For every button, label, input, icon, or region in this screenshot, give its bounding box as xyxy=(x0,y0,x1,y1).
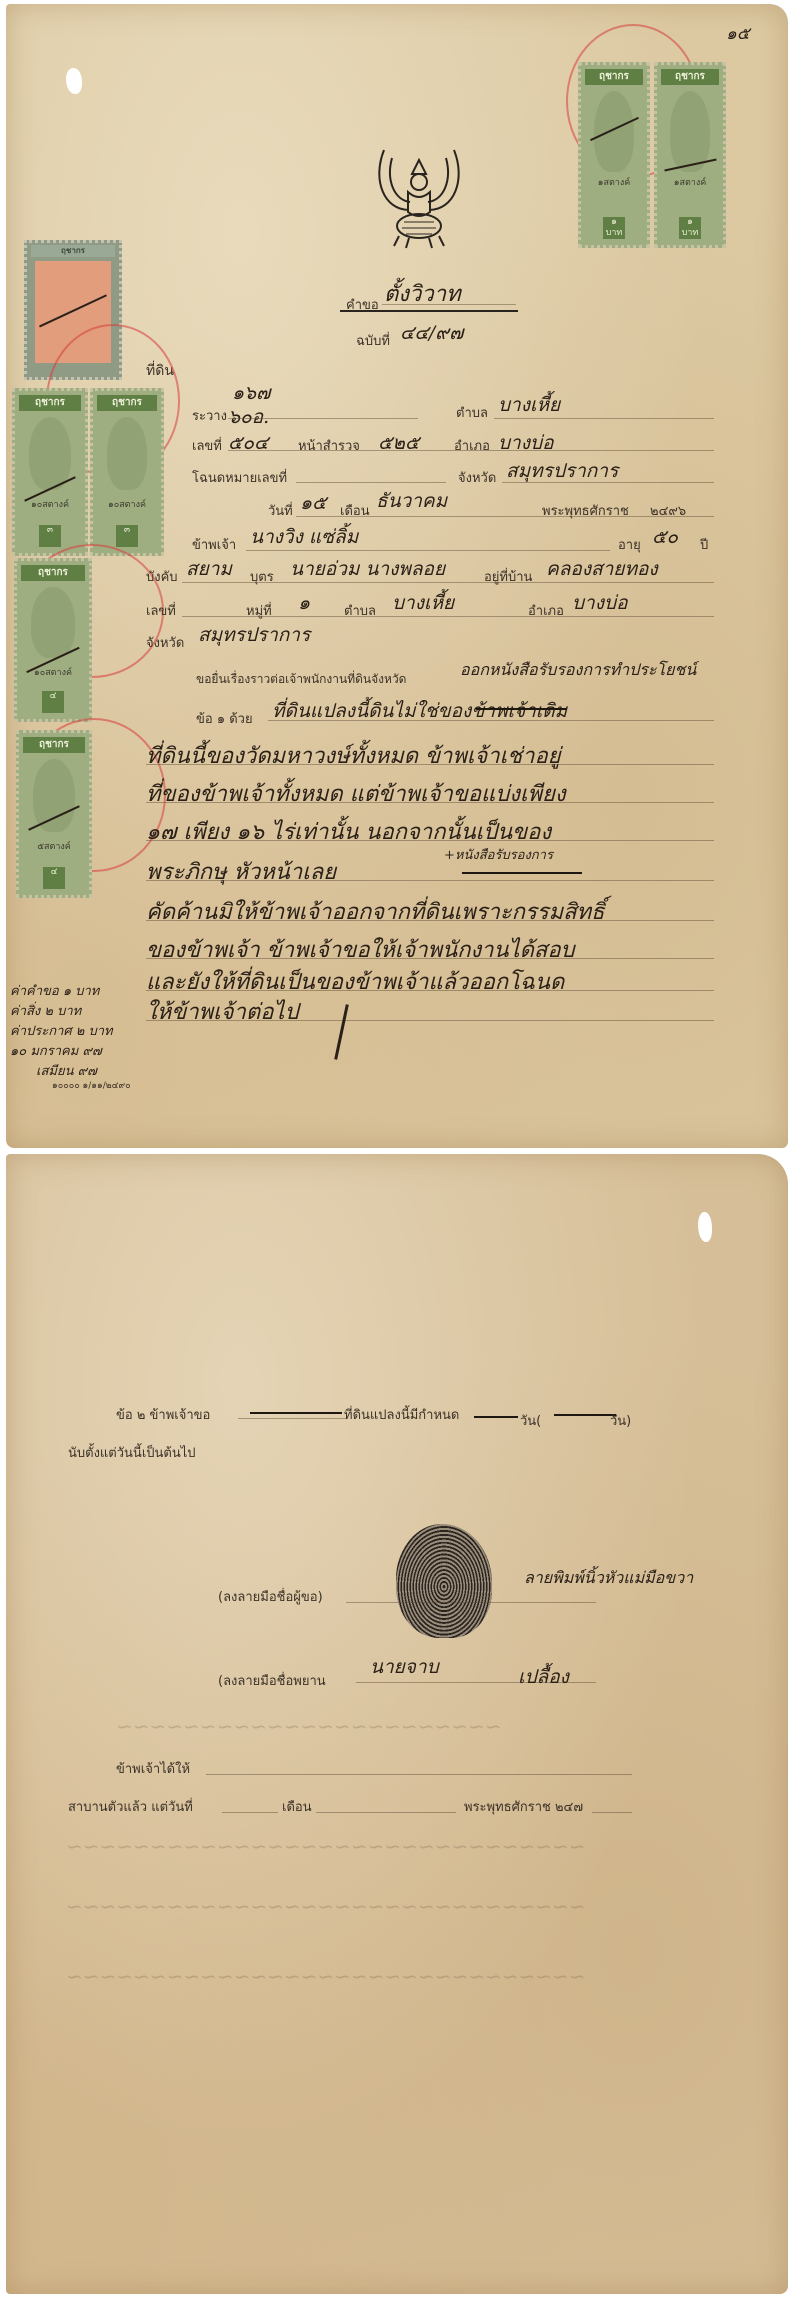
strikethrough xyxy=(462,872,582,874)
form-rule xyxy=(146,1020,714,1021)
bleed-through: ~~~~~~~~~~~~~~~~~~~~~~~ xyxy=(116,1714,501,1738)
stamp-value: ๕สตางค์ xyxy=(23,839,85,853)
stamp-value: ๑๐สตางค์ xyxy=(21,665,85,679)
margin-note: ค่าประกาศ ๒ บาท xyxy=(10,1020,113,1041)
province2-label: จังหวัด xyxy=(146,632,184,653)
title-value: ตั้งวิวาท xyxy=(384,276,461,311)
strikethrough xyxy=(250,1412,342,1414)
form-rule xyxy=(246,550,610,551)
form-rule xyxy=(228,418,418,419)
garuda-emblem-icon xyxy=(364,140,474,250)
stamp-denomination: ๑ บาท xyxy=(603,217,625,239)
clause1-line: ที่ดินแปลงนี้ดินไม่ใช่ของข้าพเจ้าเดิม xyxy=(272,696,567,726)
moo-label: หมู่ที่ xyxy=(246,600,272,621)
tambon-label: ตำบล xyxy=(456,402,488,423)
province-label: จังหวัด xyxy=(458,467,496,488)
title-underline xyxy=(382,304,516,305)
clause2-mid: ที่ดินแปลงนี้มีกำหนด xyxy=(344,1404,459,1425)
age-unit: ปี xyxy=(700,534,708,555)
clause2-end: วัน) xyxy=(610,1410,631,1431)
paper-hole xyxy=(66,68,82,94)
house-no-label: เลขที่ xyxy=(146,600,176,621)
form-rule xyxy=(346,1602,596,1603)
form-rule xyxy=(182,582,714,583)
month-label: เดือน xyxy=(340,500,370,521)
applicant-label: ข้าพเจ้า xyxy=(192,534,236,555)
clause1-line: พระภิกษุ หัวหน้าเลย xyxy=(146,854,336,889)
strikethrough xyxy=(554,1414,616,1416)
year-label: พระพุทธศักราช xyxy=(542,500,629,521)
form-rule xyxy=(238,1418,346,1419)
margin-note: ค่าสิ่ง ๒ บาท xyxy=(10,1000,81,1021)
form-rule xyxy=(222,1812,278,1813)
province2-value: สมุทรปราการ xyxy=(198,620,310,650)
deed-label: โฉนดหมายเลขที่ xyxy=(192,467,287,488)
survey-page-value: ๕๒๕ xyxy=(378,428,419,458)
form-rule xyxy=(296,516,714,517)
number-value: ๕๐๔ xyxy=(228,428,268,458)
village-label: อยู่ที่บ้าน xyxy=(484,566,532,587)
month-value: ธันวาคม xyxy=(376,486,447,516)
child-of-value: นายอ่วม นางพลอย xyxy=(290,554,445,584)
year-value: ๒๔๙๖ xyxy=(650,500,686,521)
village-value: คลองสายทอง xyxy=(546,554,658,584)
portrait-icon xyxy=(33,759,75,832)
revenue-stamp: ฤชากร ๑๐สตางค์ ๔ xyxy=(14,558,92,722)
witness-signature-2: เปลื้อง xyxy=(518,1662,569,1692)
clause1-line: ที่ของข้าพเจ้าทั้งหมด แต่ข้าพเจ้าขอแบ่งเ… xyxy=(146,776,566,811)
revenue-stamp: ฤชากร ๑สตางค์ ๑ บาท xyxy=(578,62,650,248)
document-page-2: ~~~~~~~~~~~~~~~~~~~~~~~ ~~~~~~~~~~~~~~~~… xyxy=(6,1154,788,2294)
stamp-denomination: ๔ xyxy=(43,867,65,889)
stamp-denomination: ๑ บาท xyxy=(679,217,701,239)
margin-note-stamp: ๑๐๐๐๐ ๑/๑๑/๒๔๙๐ xyxy=(52,1078,131,1092)
bleed-through: ~~~~~~~~~~~~~~~~~~~~~~~~~~~~~~~ xyxy=(66,1894,586,1918)
survey-page-label: หน้าสำรวจ xyxy=(298,435,360,456)
stamp-value: ๑๐สตางค์ xyxy=(97,497,157,511)
form-rule xyxy=(146,920,714,921)
oath-year-label: พระพุทธศักราช ๒๔๗ xyxy=(464,1796,583,1817)
applicant-signature-label: (ลงลายมือชื่อผู้ขอ) xyxy=(218,1586,323,1607)
submit-label: ขอยื่นเรื่องราวต่อเจ้าพนักงานที่ดินจังหว… xyxy=(196,670,406,689)
form-rule xyxy=(228,450,714,451)
portrait-icon xyxy=(31,587,74,658)
document-page-1: ๑๕ ฤชากร ๑สตางค์ ๑ บาท ฤชากร ๑สตางค์ ๑ บ… xyxy=(6,4,788,1148)
amphoe-value: บางบ่อ xyxy=(498,428,553,458)
stamp-value: ๑สตางค์ xyxy=(661,175,719,189)
clause1-line: ให้ข้าพเจ้าต่อไป xyxy=(146,994,298,1029)
ethnicity-label: บังคับ xyxy=(146,566,178,587)
revenue-stamp: ฤชากร ๑๐สตางค์ ๓ xyxy=(90,388,164,556)
amphoe2-value: บางบ่อ xyxy=(572,588,627,618)
tambon2-label: ตำบล xyxy=(344,600,376,621)
witness-signature-label: (ลงลายมือชื่อพยาน xyxy=(218,1670,326,1691)
day-label: วันที่ xyxy=(268,500,293,521)
between-label: ระวาง xyxy=(192,405,227,426)
applicant-signature-value: ลายพิมพ์นิ้วหัวแม่มือขวา xyxy=(524,1566,693,1591)
amphoe-label: อำเภอ xyxy=(454,435,490,456)
page-number: ๑๕ xyxy=(726,20,750,47)
title-double-rule xyxy=(340,310,518,312)
clause1-line: ที่ดินนี้ของวัดมหาวงษ์ทั้งหมด ข้าพเจ้าเช… xyxy=(146,738,561,773)
form-rule xyxy=(316,1812,456,1813)
stamp-denomination: ๓ xyxy=(116,525,138,547)
tambon2-value: บางเหี้ย xyxy=(392,588,454,618)
clause2-line2: นับตั้งแต่วันนี้เป็นต้นไป xyxy=(68,1442,196,1463)
margin-note: ค่าคำขอ ๑ บาท xyxy=(10,980,99,1001)
age-value: ๕๐ xyxy=(652,522,678,552)
day-value: ๑๕ xyxy=(300,488,326,518)
clause2-label: ข้อ ๒ ข้าพเจ้าขอ xyxy=(116,1404,210,1425)
revenue-stamp: ฤชากร ๑๐สตางค์ ๓ xyxy=(12,388,88,556)
stamp-header: ฤชากร xyxy=(31,245,115,257)
tambon-value: บางเหี้ย xyxy=(498,390,560,420)
strikethrough xyxy=(474,1416,518,1418)
insertion-note: +หนังสือรับรองการ xyxy=(444,844,553,865)
form-rule xyxy=(146,802,714,803)
ethnicity-value: สยาม xyxy=(186,554,232,584)
stamp-denomination: ๔ xyxy=(42,691,64,713)
portrait-icon xyxy=(29,417,71,490)
fingerprint-icon xyxy=(396,1524,492,1638)
form-rule xyxy=(206,1774,632,1775)
portrait-icon xyxy=(670,91,710,172)
applicant-value: นางวิง แซ่ลิ้ม xyxy=(250,522,358,552)
bleed-through: ~~~~~~~~~~~~~~~~~~~~~~~~~~~~~~~ xyxy=(66,1964,586,1988)
bleed-through: ~~~~~~~~~~~~~~~~~~~~~~~~~~~~~~~ xyxy=(66,1834,586,1858)
clause2-day: วัน( xyxy=(520,1410,541,1431)
form-rule xyxy=(146,840,714,841)
stamp-denomination: ๓ xyxy=(39,525,61,547)
child-of-label: บุตร xyxy=(250,566,274,587)
copy-label: ฉบับที่ xyxy=(356,330,390,351)
number-label: เลขที่ xyxy=(192,435,222,456)
stamp-value: ๑สตางค์ xyxy=(585,175,643,189)
clause1-line: คัดค้านมิให้ข้าพเจ้าออกจากที่ดินเพราะกรร… xyxy=(146,894,604,929)
revenue-stamp: ฤชากร ๕สตางค์ ๔ xyxy=(16,730,92,898)
oath-month-label: เดือน xyxy=(282,1796,312,1817)
form-rule xyxy=(268,720,714,721)
amphoe2-label: อำเภอ xyxy=(528,600,564,621)
pen-stroke xyxy=(334,1004,349,1059)
given-label: ข้าพเจ้าได้ให้ xyxy=(116,1758,190,1779)
form-rule xyxy=(146,990,714,991)
clause1-label: ข้อ ๑ ด้วย xyxy=(196,708,253,729)
form-rule xyxy=(146,880,714,881)
form-rule xyxy=(146,958,714,959)
form-rule xyxy=(502,482,714,483)
moo-value: ๑ xyxy=(298,588,310,618)
witness-signature-value: นายจาบ xyxy=(370,1652,439,1682)
form-rule xyxy=(182,616,714,617)
strikethrough xyxy=(476,708,566,710)
portrait-icon xyxy=(107,417,148,490)
margin-note: ๑๐ มกราคม ๙๗ xyxy=(10,1040,102,1061)
stamp-header: ฤชากร xyxy=(661,69,719,85)
oath-label: สาบานตัวแล้ว แต่วันที่ xyxy=(68,1796,193,1817)
submit-value: ออกหนังสือรับรองการทำประโยชน์ xyxy=(460,658,696,683)
stamp-header: ฤชากร xyxy=(97,395,157,411)
copy-value: ๔๔/๙๗ xyxy=(400,318,463,348)
age-label: อายุ xyxy=(618,534,641,555)
stamp-header: ฤชากร xyxy=(21,565,85,581)
stamp-header: ฤชากร xyxy=(585,69,643,85)
form-rule xyxy=(494,418,714,419)
revenue-stamp: ฤชากร ๑สตางค์ ๑ บาท xyxy=(654,62,726,248)
form-rule xyxy=(296,482,446,483)
stamp-header: ฤชากร xyxy=(23,737,85,753)
form-rule xyxy=(592,1812,632,1813)
paper-hole xyxy=(698,1212,712,1242)
portrait-icon xyxy=(594,91,634,172)
form-rule xyxy=(146,764,714,765)
stamp-header: ฤชากร xyxy=(19,395,81,411)
clause1-line: ของข้าพเจ้า ข้าพเจ้าขอให้เจ้าพนักงานได้ส… xyxy=(146,932,575,967)
